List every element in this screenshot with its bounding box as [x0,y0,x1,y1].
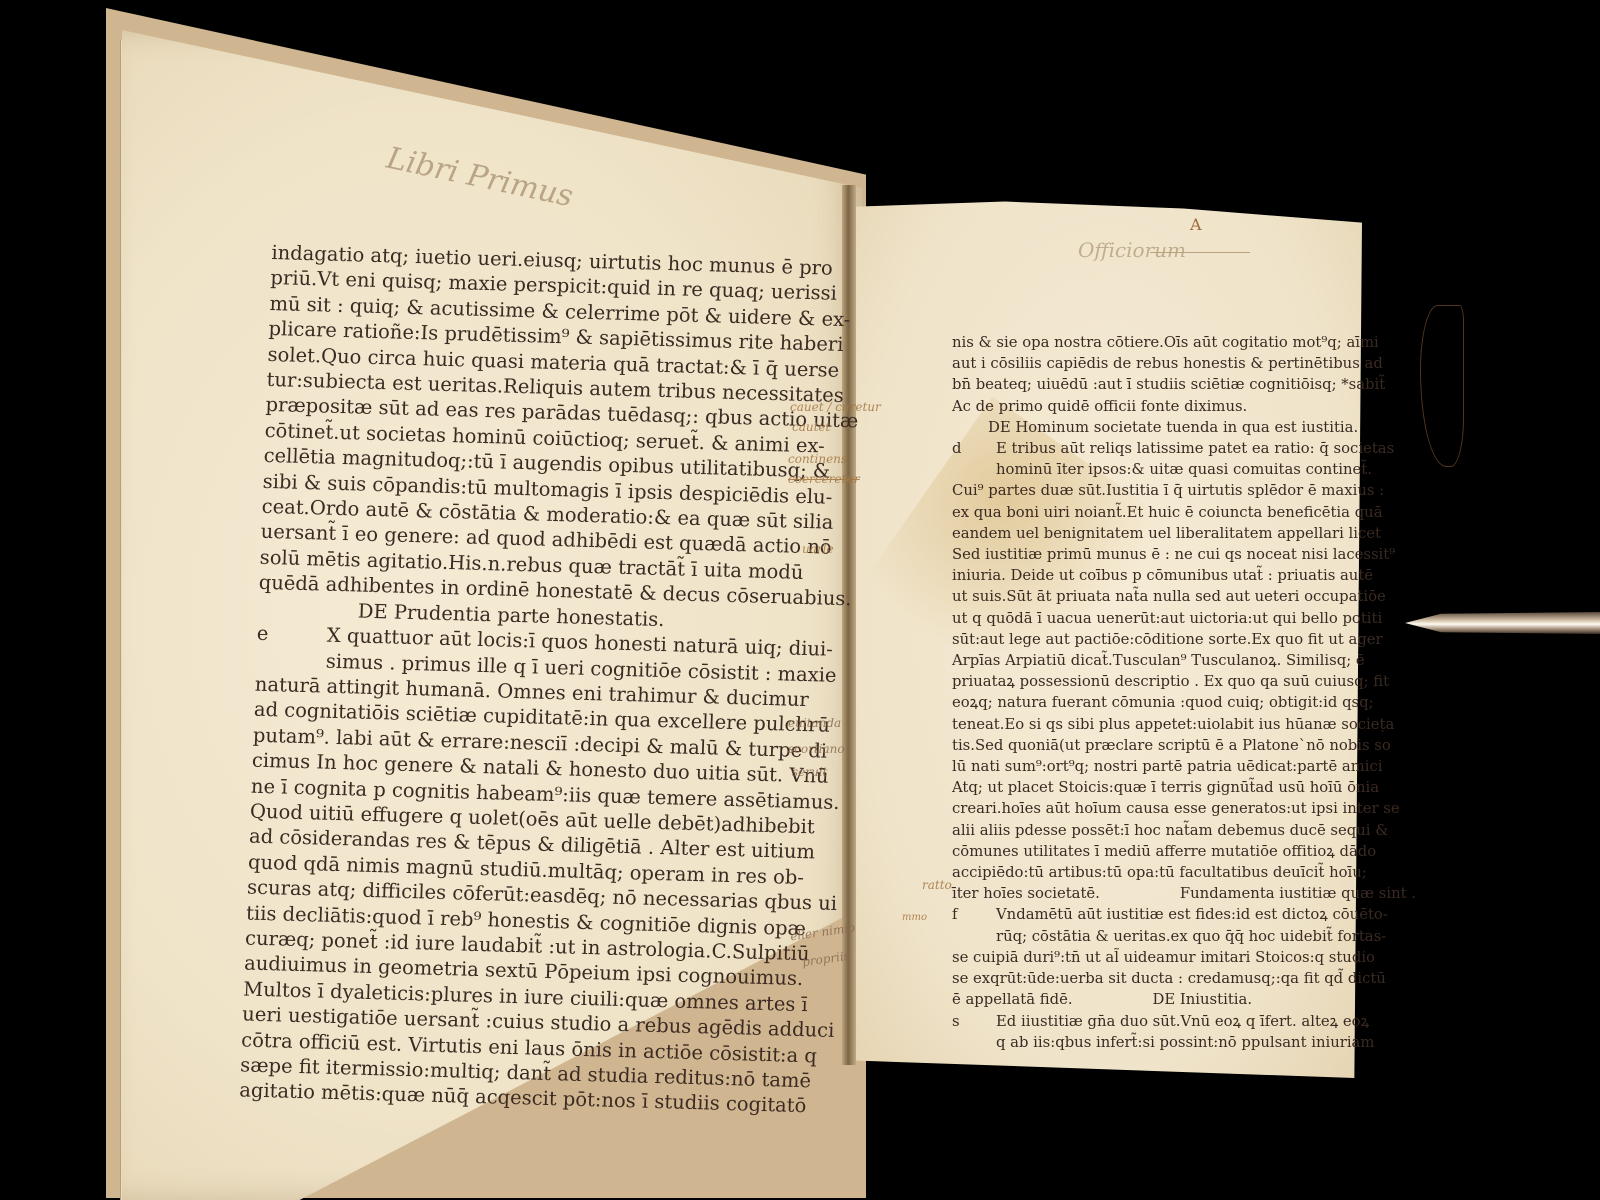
text-line: creari.hoīes aūt hoīum causa esse genera… [952,798,1416,819]
text-line: aut i cōsiliis capiēdis de rebus honesti… [952,353,1416,374]
text-line: hominū īter ipsos:& uitæ quasi comuitas … [952,459,1416,480]
margin-annotation: cauet / curetur [790,400,881,414]
text-line: Arpīas Arpiatiū dicat̃.Tusculan⁹ Tuscula… [952,650,1416,671]
margin-annotation: cautet [792,420,830,434]
margin-annotation: seruit [792,765,827,779]
margin-annotation: mmo [902,912,927,923]
text-line: q ab iis:qbus infert̃:si possint:nō ppul… [952,1032,1416,1053]
text-line: nis & sie opa nostra cōtiere.Oīs aūt cog… [952,332,1416,353]
margin-annotation: ratto [922,878,952,892]
text-line: priuataꝝ possessionū descriptio . Ex quo… [952,671,1416,692]
text-line: īter hoīes societatē.Fundamenta iustitiæ… [952,883,1416,904]
text-line: iniuria. Deide ut coībus p cōmunibus uta… [952,565,1416,586]
text-line: sūt:aut lege aut pactiōe:cōditione sorte… [952,629,1416,650]
guide-letter: s [952,1011,960,1032]
text-line: eandem uel benignitatem uel liberalitate… [952,523,1416,544]
text-line: lū nati sum⁹:ort⁹q; nostri partē patria … [952,756,1416,777]
text-line: f Vndamētū aūt iustitiæ est fides:id est… [952,904,1416,925]
text-line: cōmunes utilitates ī mediū afferre mutat… [952,841,1416,862]
text-line: tis.Sed quoniā(ut præclare scriptū ē a P… [952,735,1416,756]
text-line-content: Ed iiustitiæ gn̄a duo sūt.Vnū eoꝝ q īfer… [996,1013,1369,1030]
text-line: Ac de primo quidē officii fonte diximus. [952,396,1416,417]
text-line: d E tribus aūt reliqs latissime patet ea… [952,438,1416,459]
signature-mark: A [1190,215,1202,234]
text-line: ut suis.Sūt āt priuata nat̃a nulla sed a… [952,586,1416,607]
text-line: Sed iustitiæ primū munus ē : ne cui qs n… [952,544,1416,565]
section-heading: DE Hominum societate tuenda in qua est i… [952,417,1416,438]
text-line: ut q quōdā ī uacua uenerūt:aut uictoria:… [952,608,1416,629]
text-line-content: E tribus aūt reliqs latissime patet ea r… [996,440,1394,457]
section-heading: Fundamenta iustitiæ quæ sint . [1180,885,1416,902]
margin-annotation: continens [788,452,847,466]
margin-annotation: euitanda [788,716,841,730]
text-line: eoꝝq; natura fuerant cōmunia :quod cuiq;… [952,692,1416,713]
text-line: Cui⁹ partes duæ sūt.Iustitia ī q̄ uirtut… [952,480,1416,501]
text-line: teneat.Eo si qs sibi plus appetet:uiolab… [952,714,1416,735]
text-line: se exqrūt:ūde:uerba sit ducta : credamus… [952,968,1416,989]
text-line-content: Vndamētū aūt iustitiæ est fides:id est d… [996,906,1388,923]
text-line: s Ed iiustitiæ gn̄a duo sūt.Vnū eoꝝ q īf… [952,1011,1416,1032]
marginal-doodle [1420,305,1464,467]
right-pencil-heading: Officiorum [1078,238,1186,262]
metal-pointer-icon [1405,612,1600,634]
text-line: se cuipiā duri⁹:tn̄ ut al̃ uideamur imit… [952,947,1416,968]
left-page-text: indagatio atq; iuetio ueri.eiusq; uirtut… [239,240,865,1120]
guide-letter: f [952,904,957,925]
section-heading: DE Iniustitia. [1153,991,1252,1008]
text-line-content: ē appellatā fidē. [952,991,1073,1008]
margin-annotation: coerceretur [788,472,860,486]
text-line: accipiēdo:tū artibus:tū opa:tū facultati… [952,862,1416,883]
guide-letter: d [952,438,961,459]
text-line: rūq; cōstātia & ueritas.ex quo q̄q̄ hoc … [952,926,1416,947]
text-line: ē appellatā fidē.DE Iniustitia. [952,989,1416,1010]
margin-annotation: uarle [802,542,834,556]
text-line: ex qua boni uiri noiant̃.Et huic ē coiun… [952,502,1416,523]
right-page-text: nis & sie opa nostra cōtiere.Oīs aūt cog… [952,332,1416,1053]
pencil-underline [1150,252,1250,253]
text-line: alii aliis pdesse possēt:ī hoc nat̃am de… [952,820,1416,841]
text-line-content: īter hoīes societatē. [952,885,1100,902]
text-line: Atq; ut placet Stoicis:quæ ī terris gign… [952,777,1416,798]
guide-letter: e [256,621,269,647]
margin-annotation: scortiano [788,742,845,756]
text-line: bn̄ beateq; uiuēdū :aut ī studiis sciēti… [952,374,1416,395]
